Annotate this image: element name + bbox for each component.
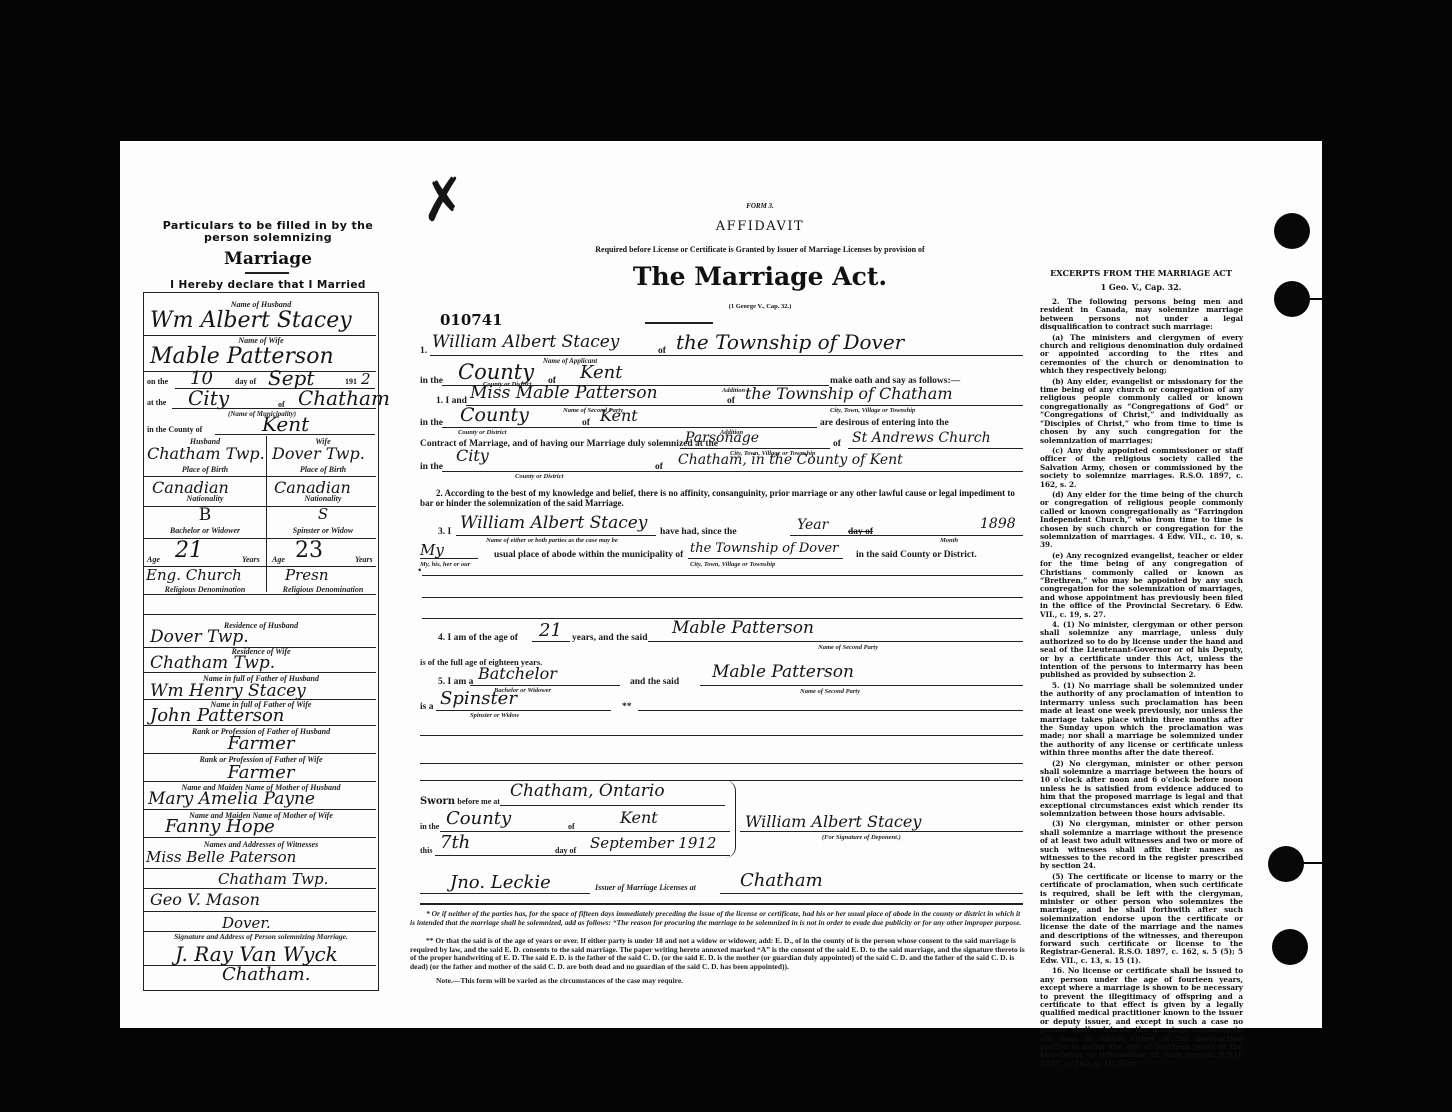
para-2-body: According to the best of my knowledge an… bbox=[420, 488, 1015, 508]
wife-birthplace: Dover Twp. bbox=[272, 444, 365, 463]
sworn-in-the: in the bbox=[420, 822, 439, 831]
excerpt-para: (2) No clergyman, minister or other pers… bbox=[1040, 760, 1243, 819]
para-3-month-caption: Month bbox=[940, 537, 958, 544]
para-2-text: 2. According to the best of my knowledge… bbox=[420, 488, 1023, 508]
para-4-second-party: Mable Patterson bbox=[672, 618, 814, 638]
husband-name: Wm Albert Stacey bbox=[150, 308, 352, 333]
deponent-caption: (For Signature of Deponent.) bbox=[822, 834, 901, 841]
act-citation: (1 George V., Cap. 32.) bbox=[420, 303, 1100, 310]
officiant-address: Chatham. bbox=[222, 964, 310, 985]
para-4-text-b: years, and the said bbox=[572, 633, 647, 643]
wife-nationality-label: Nationality bbox=[268, 494, 378, 503]
witness-2-name: Geo V. Mason bbox=[150, 890, 260, 909]
applicant-addition-caption: Addition bbox=[722, 387, 745, 394]
solemnized-of: St Andrews Church bbox=[852, 430, 991, 446]
second-county-in-the: in the bbox=[420, 418, 443, 428]
wife-birthplace-label: Place of Birth bbox=[268, 465, 378, 474]
wife-years-label: Years bbox=[355, 555, 373, 564]
para-3-tail: in the said County or District. bbox=[856, 550, 977, 560]
solemnized-at: Parsonage bbox=[685, 430, 759, 446]
para-5-is-a: is a bbox=[420, 702, 433, 712]
para-4-caption: Name of Second Party bbox=[818, 644, 878, 651]
wife-age: 23 bbox=[295, 538, 323, 563]
declare-text: I Hereby declare that I Married bbox=[143, 279, 393, 291]
para-3-num: 3. I bbox=[438, 527, 451, 537]
municipality-name: Chatham bbox=[298, 386, 390, 410]
excerpt-para: (b) Any elder, evangelist or missionary … bbox=[1040, 378, 1243, 445]
residence-husband: Dover Twp. bbox=[150, 627, 249, 647]
hole-punch-1 bbox=[1274, 213, 1310, 249]
para-3-have-had: have had, since the bbox=[660, 527, 737, 537]
husband-birthplace: Chatham Twp. bbox=[147, 444, 265, 463]
para-5-second-status: Spinster bbox=[440, 688, 517, 709]
city-caption: County or District bbox=[515, 473, 563, 480]
para-3-since: Year bbox=[797, 517, 828, 533]
second-party-name: Miss Mable Patterson bbox=[470, 383, 658, 403]
para-3-day-of: day of bbox=[848, 527, 873, 537]
para-3-year: 1898 bbox=[980, 516, 1016, 532]
spinster-label: Spinster or Widow bbox=[268, 526, 378, 535]
husband-religion-label: Religious Denomination bbox=[143, 585, 267, 594]
wife-religion: Presn bbox=[285, 566, 329, 584]
sworn-day-of: day of bbox=[555, 846, 576, 855]
para-2-num: 2. bbox=[436, 488, 443, 498]
excerpt-para: 5. (1) No marriage shall be solemnized u… bbox=[1040, 682, 1243, 758]
para-4-text-a: 4. I am of the age of bbox=[438, 633, 518, 643]
applicant-county-name: Kent bbox=[580, 362, 622, 383]
wife-marital-status: S bbox=[268, 505, 378, 523]
father-wife: John Patterson bbox=[150, 705, 284, 726]
excerpt-para: (a) The ministers and clergymen of every… bbox=[1040, 334, 1243, 376]
excerpt-para: 2. The following persons being men and r… bbox=[1040, 298, 1243, 332]
title-underline bbox=[245, 272, 289, 274]
para-3-pronoun-caption: My, his, her or our bbox=[420, 561, 470, 568]
hole-punch-3 bbox=[1268, 846, 1304, 882]
second-county-name: Kent bbox=[600, 406, 638, 425]
excerpt-para: (5) The certificate or license to marry … bbox=[1040, 873, 1243, 965]
county-label: in the County of bbox=[147, 425, 202, 434]
second-county-type: County bbox=[460, 404, 529, 426]
sworn-county-type: County bbox=[446, 808, 511, 829]
wife-age-label: Age bbox=[272, 555, 285, 564]
wife-religion-label: Religious Denomination bbox=[268, 585, 378, 594]
at-the-label: at the bbox=[147, 398, 166, 407]
officiant-label: Signature and Address of Person solemniz… bbox=[143, 932, 379, 941]
excerpt-para: (3) No clergyman, minister or other pers… bbox=[1040, 820, 1243, 870]
deponent-signature: William Albert Stacey bbox=[745, 812, 921, 831]
second-party-place: the Township of Chatham bbox=[745, 384, 952, 403]
witness-1-address: Chatham Twp. bbox=[218, 870, 328, 888]
bachelor-label: Bachelor or Widower bbox=[143, 526, 267, 535]
day-of-label: day of bbox=[235, 377, 256, 386]
county-name: Kent bbox=[262, 412, 309, 436]
form-number: FORM 3. bbox=[420, 202, 1100, 210]
husband-religion: Eng. Church bbox=[146, 566, 242, 584]
sworn-month-year: September 1912 bbox=[590, 834, 716, 852]
year-prefix: 191 bbox=[345, 377, 357, 386]
para-5-text-b: and the said bbox=[630, 677, 679, 687]
excerpts-body: 2. The following persons being men and r… bbox=[1040, 298, 1243, 1070]
footnote-3: Note.—This form will be varied as the ci… bbox=[436, 977, 996, 986]
sworn-this-label: this bbox=[420, 846, 432, 855]
husband-nationality-label: Nationality bbox=[143, 494, 267, 503]
excerpt-para: (e) Any recognized evangelist, teacher o… bbox=[1040, 552, 1243, 619]
para-5-num: 5. bbox=[438, 677, 445, 687]
sworn-county: Kent bbox=[620, 808, 658, 827]
para-4-num: 4. bbox=[438, 633, 445, 643]
city-name: Chatham, in the County of Kent bbox=[678, 452, 903, 468]
excerpts-citation: 1 Geo. V., Cap. 32. bbox=[1036, 282, 1246, 292]
sworn-day: 7th bbox=[440, 832, 470, 853]
serial-number: 010741 bbox=[440, 311, 503, 329]
mother-wife: Fanny Hope bbox=[165, 816, 275, 837]
city-type: City bbox=[456, 446, 489, 465]
issuer-signature: Jno. Leckie bbox=[450, 872, 551, 893]
hole-tear-1 bbox=[1305, 298, 1323, 300]
act-title: The Marriage Act. bbox=[420, 262, 1100, 291]
affidavit-subtitle: Required before License or Certificate i… bbox=[420, 245, 1100, 254]
left-panel-title: Marriage bbox=[143, 249, 393, 269]
issuer-place: Chatham bbox=[740, 870, 823, 891]
para-5-status: Batchelor bbox=[478, 664, 557, 683]
footnote-2: ** Or that the said is of the age of yea… bbox=[410, 937, 1025, 971]
sworn-brace bbox=[725, 780, 736, 858]
sworn-place: Chatham, Ontario bbox=[510, 781, 665, 801]
witness-1-name: Miss Belle Paterson bbox=[146, 848, 296, 866]
excerpt-para: (c) Any duly appointed commissioner or s… bbox=[1040, 447, 1243, 489]
footnote-1: * Or if neither of the parties has, for … bbox=[410, 910, 1025, 927]
second-party-place-caption: City, Town, Village or Township bbox=[830, 407, 915, 414]
officiant-signature: J. Ray Van Wyck bbox=[175, 942, 338, 966]
para-3-abode-text: usual place of abode within the municipa… bbox=[494, 550, 683, 560]
sworn-line: Sworn before me at bbox=[420, 796, 500, 807]
sworn-label: Sworn bbox=[420, 796, 455, 807]
county-in-the: in the bbox=[420, 376, 443, 386]
excerpt-para: 4. (1) No minister, clergyman or other p… bbox=[1040, 621, 1243, 680]
husband-birthplace-label: Place of Birth bbox=[143, 465, 267, 474]
para-3-name-caption: Name of either or both parties as the ca… bbox=[486, 537, 618, 544]
hole-tear-2 bbox=[1300, 862, 1322, 864]
para-5-second-status-caption: Spinster or Widow bbox=[470, 712, 519, 719]
husband-years-label: Years bbox=[242, 555, 260, 564]
applicant-num: 1. bbox=[420, 346, 427, 356]
desirous-text: are desirous of entering into the bbox=[820, 418, 949, 428]
para-5-second-party: Mable Patterson bbox=[712, 662, 854, 682]
para-3-municipality-caption: City, Town, Village or Township bbox=[690, 561, 775, 568]
issuer-label: Issuer of Marriage Licenses at bbox=[595, 883, 696, 892]
husband-age: 21 bbox=[175, 538, 203, 563]
para-3-name: William Albert Stacey bbox=[460, 513, 647, 533]
on-the-label: on the bbox=[147, 377, 168, 386]
affidavit-title: AFFIDAVIT bbox=[420, 219, 1100, 234]
solemnized-of-label: of bbox=[833, 439, 841, 449]
mother-husband: Mary Amelia Payne bbox=[148, 789, 315, 809]
father-husband: Wm Henry Stacey bbox=[150, 681, 306, 701]
para-3-municipality: the Township of Dover bbox=[690, 541, 838, 556]
husband-marital-status: B bbox=[143, 505, 267, 525]
left-panel-heading-2: person solemnizing bbox=[143, 231, 393, 244]
sworn-of-label: of bbox=[568, 822, 575, 831]
hole-punch-4 bbox=[1272, 929, 1308, 965]
excerpt-para: (d) Any elder for the time being of the … bbox=[1040, 491, 1243, 550]
para-5-text-a: 5. I am a bbox=[438, 677, 473, 687]
city-in-the: in the bbox=[420, 462, 443, 472]
municipality-type: City bbox=[188, 386, 229, 410]
applicant-place: the Township of Dover bbox=[676, 330, 904, 354]
witness-2-address: Dover. bbox=[222, 914, 271, 932]
para-4-label: I am of the age of bbox=[448, 633, 518, 643]
excerpts-title: EXCERPTS FROM THE MARRIAGE ACT bbox=[1036, 268, 1246, 278]
excerpt-para: 16. No license or certificate shall be i… bbox=[1040, 967, 1243, 1068]
para-5-double-star: ** bbox=[622, 702, 632, 712]
rank-father-husband: Farmer bbox=[143, 733, 379, 754]
para-3-pronoun: My bbox=[420, 541, 444, 559]
para-3-star: • bbox=[418, 566, 421, 576]
husband-age-label: Age bbox=[147, 555, 160, 564]
residence-wife: Chatham Twp. bbox=[150, 653, 275, 673]
para-4-age: 21 bbox=[539, 620, 562, 641]
para-5-second-party-caption: Name of Second Party bbox=[800, 688, 860, 695]
applicant-name: William Albert Stacey bbox=[432, 332, 619, 352]
rank-father-wife: Farmer bbox=[143, 762, 379, 783]
second-county-caption: County or District bbox=[458, 429, 506, 436]
before-me-label: before me at bbox=[457, 797, 500, 806]
